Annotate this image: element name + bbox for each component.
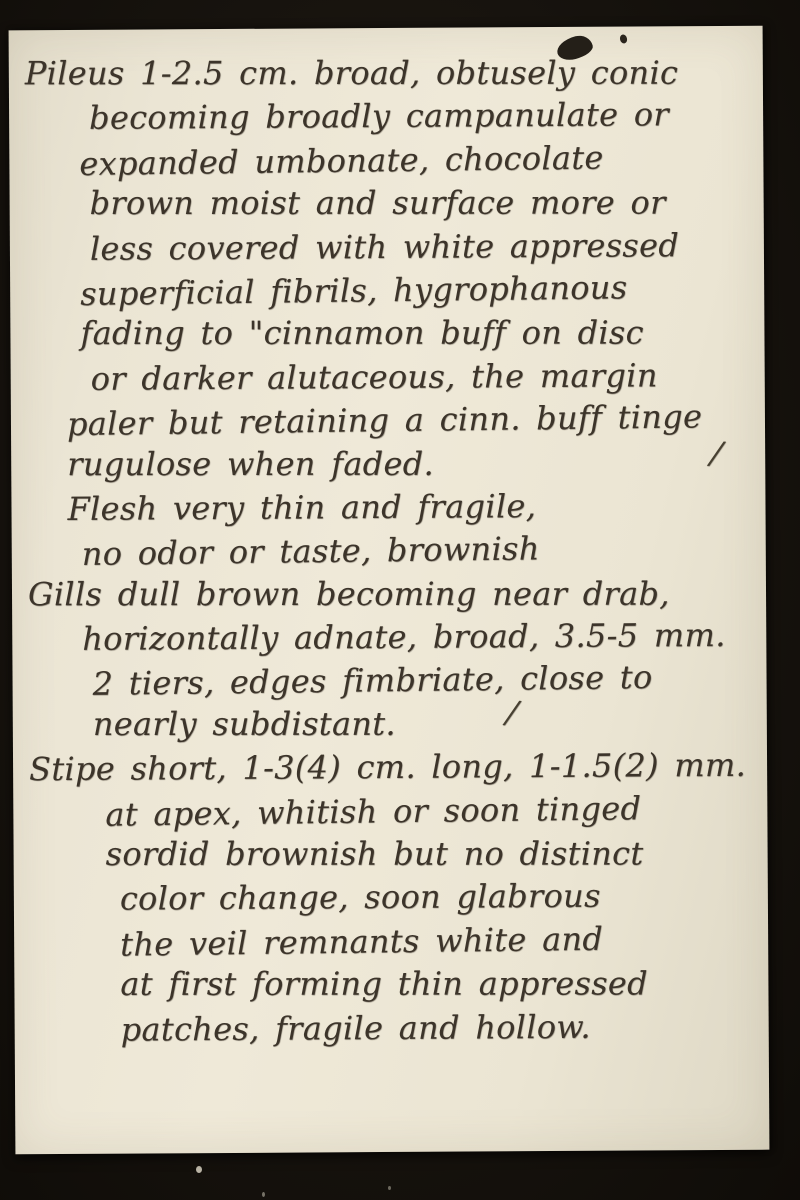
handwritten-line: patches, fragile and hollow. <box>121 1004 769 1051</box>
handwritten-line-pileus-start: Pileus 1-2.5 cm. broad, obtusely conic <box>25 52 763 96</box>
dust-speck <box>196 1166 202 1173</box>
handwritten-line: superficial fibrils, hygrophanous <box>80 265 764 317</box>
handwritten-line: at apex, whitish or soon tinged <box>105 785 767 836</box>
handwritten-line: fading to "cinnamon buff on disc <box>80 312 764 356</box>
handwritten-line: brown moist and surface more or <box>90 182 764 226</box>
handwritten-line-gills-start: Gills dull brown becoming near drab, <box>28 572 766 616</box>
handwritten-line: at first forming thin appressed <box>120 963 768 1007</box>
handwritten-line: no odor or taste, brownish <box>82 525 766 577</box>
handwritten-line: expanded umbonate, chocolate <box>79 134 763 186</box>
handwritten-line: nearly subdistant. <box>93 702 767 746</box>
handwritten-line: becoming broadly campanulate or <box>89 93 763 141</box>
handwritten-line: paler but retaining a cinn. buff tinge <box>67 395 765 447</box>
handwritten-line: 2 tiers, edges fimbriate, close to <box>92 655 766 707</box>
handwritten-line: sordid brownish but no distinct <box>106 832 768 876</box>
handwritten-line: color change, soon glabrous <box>120 874 768 921</box>
dust-speck <box>388 1186 391 1190</box>
handwritten-line-flesh-start: Flesh very thin and fragile, <box>67 484 765 532</box>
handwritten-line: the veil remnants white and <box>120 916 768 967</box>
handwritten-line: or darker alutaceous, the margin <box>91 353 765 401</box>
handwritten-line: rugulose when faded. <box>67 442 765 486</box>
dust-speck <box>262 1192 265 1197</box>
handwritten-line-stipe-start: Stipe short, 1-3(4) cm. long, 1-1.5(2) m… <box>29 744 767 792</box>
handwritten-line: horizontally adnate, broad, 3.5-5 mm. <box>82 614 766 662</box>
handwritten-line: less covered with white appressed <box>90 223 764 271</box>
note-card: Pileus 1-2.5 cm. broad, obtusely conic b… <box>9 26 770 1155</box>
handwritten-text-block: Pileus 1-2.5 cm. broad, obtusely conic b… <box>9 26 770 1155</box>
